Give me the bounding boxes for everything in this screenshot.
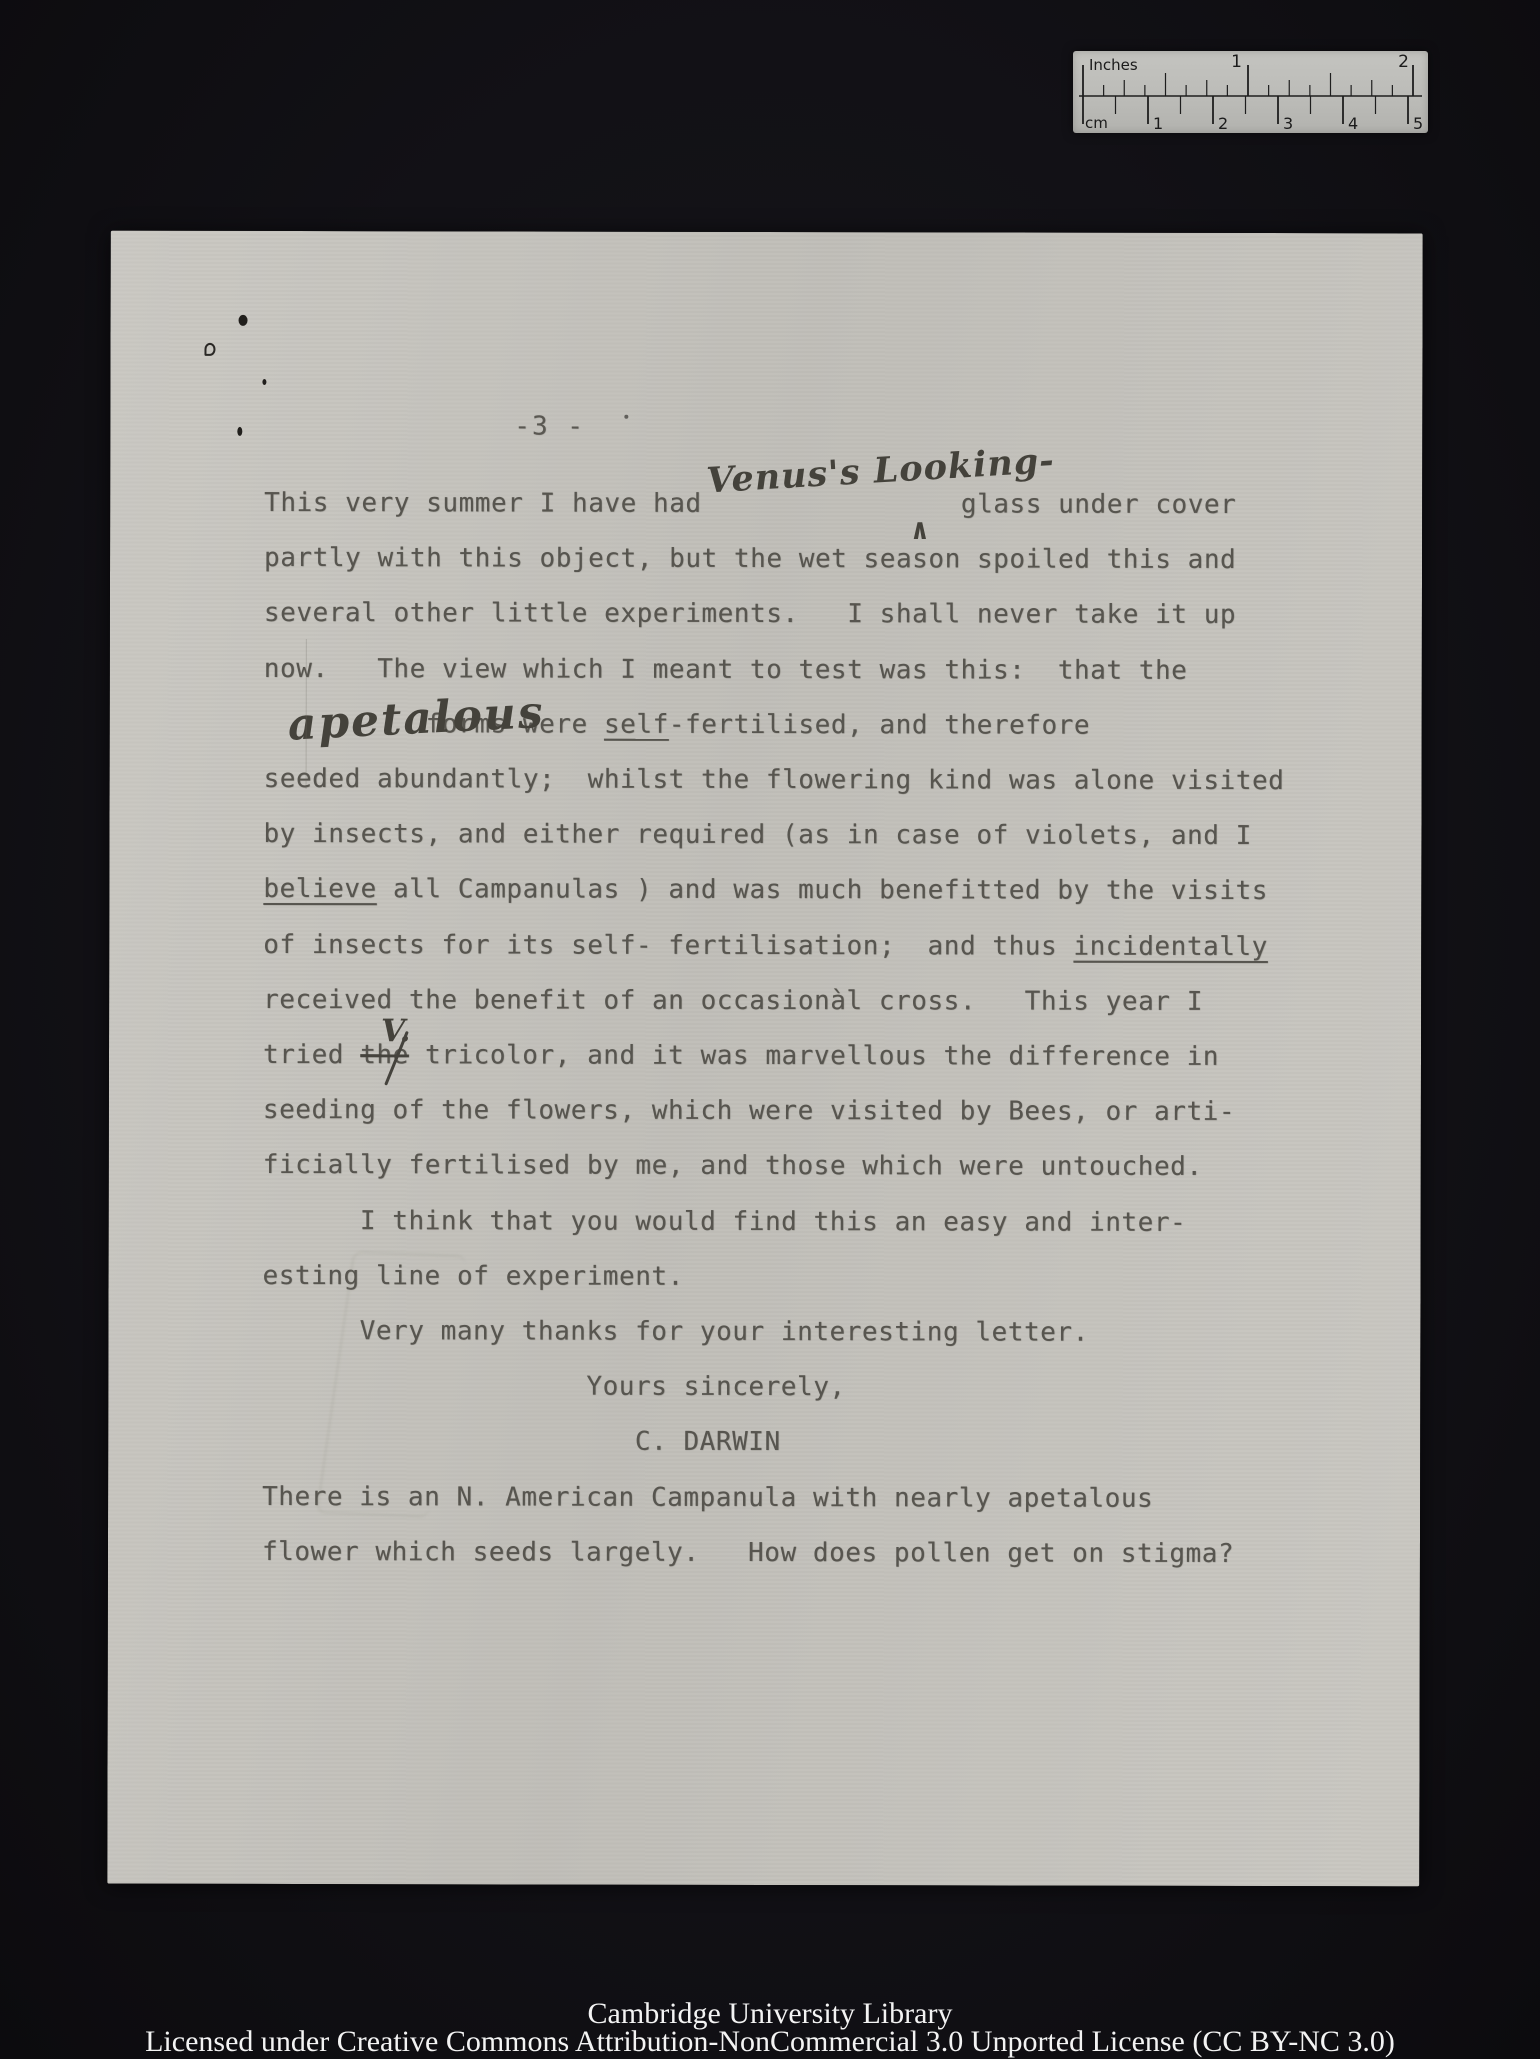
typed-line: believe all Campanulas ) and was much be… — [263, 862, 1363, 920]
svg-text:1: 1 — [1153, 114, 1163, 133]
caption-library-name: Cambridge University Library — [0, 2000, 1540, 2028]
typed-line: several other little experiments. I shal… — [264, 586, 1364, 644]
svg-text:3: 3 — [1283, 114, 1293, 133]
ink-speck — [204, 343, 215, 356]
svg-text:1: 1 — [1231, 52, 1242, 72]
svg-text:5: 5 — [1413, 114, 1423, 133]
svg-text:cm: cm — [1085, 114, 1108, 132]
typed-line: now. The view which I meant to test was … — [264, 642, 1364, 700]
typed-line: of insects for its self- fertilisation; … — [263, 918, 1363, 976]
archive-scan: Inches12cm12345 -3 - This very summer I … — [0, 0, 1540, 2059]
ruler-svg: Inches12cm12345 — [1073, 51, 1428, 133]
caption-license: Licensed under Creative Commons Attribut… — [0, 2028, 1540, 2056]
typed-line: seeded abundantly; whilst the flowering … — [264, 752, 1364, 810]
typed-line: I think that you would find this an easy… — [263, 1194, 1363, 1252]
ink-speck — [237, 427, 242, 436]
typed-line: ficially fertilised by me, and those whi… — [263, 1138, 1363, 1196]
insertion-caret: ∧ — [910, 511, 930, 546]
ink-speck — [624, 415, 628, 419]
svg-text:4: 4 — [1348, 114, 1358, 133]
letter-page: -3 - This very summer I have had glass u… — [107, 231, 1422, 1887]
svg-text:Inches: Inches — [1089, 56, 1138, 74]
typed-line: flower which seeds largely. How does pol… — [262, 1525, 1362, 1583]
ink-speck — [239, 315, 248, 326]
svg-text:2: 2 — [1398, 52, 1409, 72]
typed-line: tried the tricolor, and it was marvellou… — [263, 1028, 1363, 1086]
library-caption: Cambridge University Library Licensed un… — [0, 2000, 1540, 2056]
svg-text:2: 2 — [1218, 114, 1228, 133]
page-number: -3 - — [514, 411, 585, 441]
typed-line: by insects, and either required (as in c… — [263, 807, 1363, 865]
photo-ruler: Inches12cm12345 — [1073, 51, 1428, 133]
typed-line: partly with this object, but the wet sea… — [264, 531, 1364, 589]
ink-speck — [262, 379, 266, 385]
typed-line: received the benefit of an occasionàl cr… — [263, 973, 1363, 1031]
typed-line: seeding of the flowers, which were visit… — [263, 1083, 1363, 1141]
